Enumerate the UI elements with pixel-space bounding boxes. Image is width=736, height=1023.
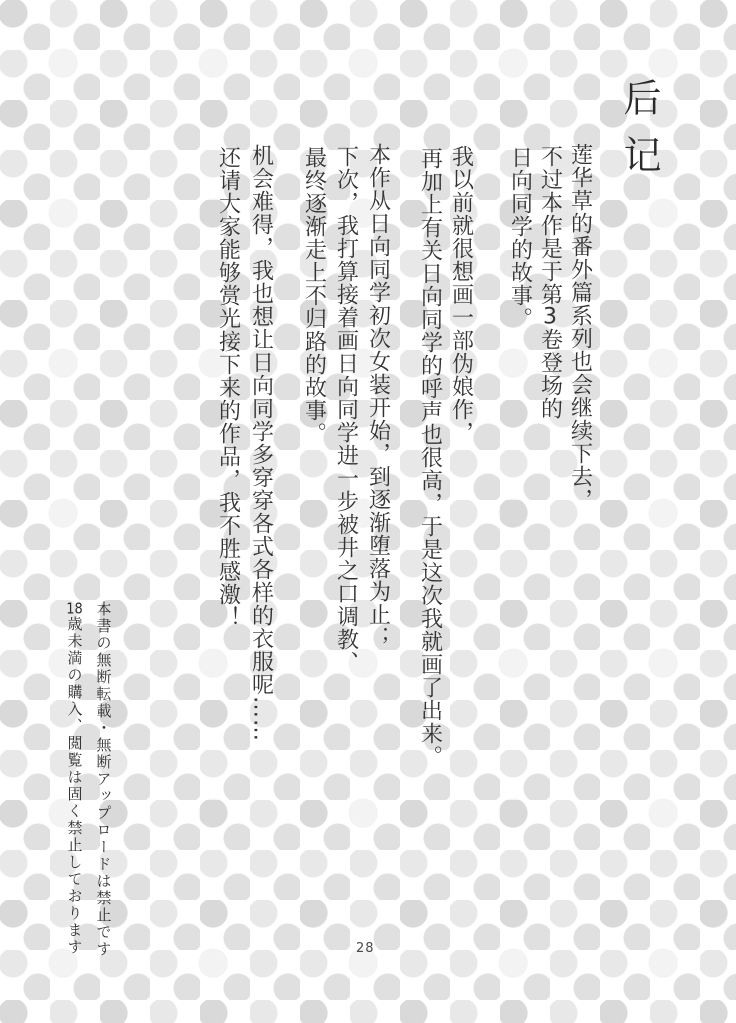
volume-number: 3 bbox=[538, 306, 563, 328]
text-segment: 歳未満の購入、閲覧は固く禁止しております bbox=[66, 616, 84, 956]
text-segment: 不过本作是于第 bbox=[538, 145, 563, 306]
afterword-column: 最终逐渐走上不归路的故事。 bbox=[300, 146, 328, 445]
afterword-column: 不过本作是于第3卷登场的 bbox=[536, 145, 564, 420]
afterword-column: 本作从日向同学初次女装开始，到逐渐堕落为止； bbox=[364, 143, 392, 649]
afterword-column: 机会难得，我也想让日向同学多穿穿各式各样的衣服呢…… bbox=[247, 144, 275, 742]
copyright-notice-line: 本書の無断転載・無断アップロードは禁止です bbox=[93, 601, 113, 958]
age-number: 18 bbox=[66, 601, 84, 616]
afterword-page: 后记 莲华草的番外篇系列也会继续下去， 不过本作是于第3卷登场的 日向同学的故事… bbox=[0, 0, 736, 1023]
afterword-column: 莲华草的番外篇系列也会继续下去， bbox=[566, 143, 594, 511]
text-segment: 卷登场的 bbox=[538, 328, 563, 420]
age-restriction-notice-line: 18歳未満の購入、閲覧は固く禁止しております bbox=[64, 601, 84, 956]
page-number: 28 bbox=[356, 941, 375, 956]
afterword-column: 我以前就很想画一部伪娘作， bbox=[447, 145, 475, 444]
afterword-column: 下次，我打算接着画日向同学进一步被井之口调教、 bbox=[332, 145, 360, 674]
page-title: 后记 bbox=[612, 78, 667, 192]
afterword-column: 再加上有关日向同学的呼声也很高，于是这次我就画了出来。 bbox=[416, 147, 444, 768]
afterword-column: 日向同学的故事。 bbox=[506, 146, 534, 330]
afterword-column: 还请大家能够赏光接下来的作品，我不胜感激！ bbox=[214, 146, 242, 629]
